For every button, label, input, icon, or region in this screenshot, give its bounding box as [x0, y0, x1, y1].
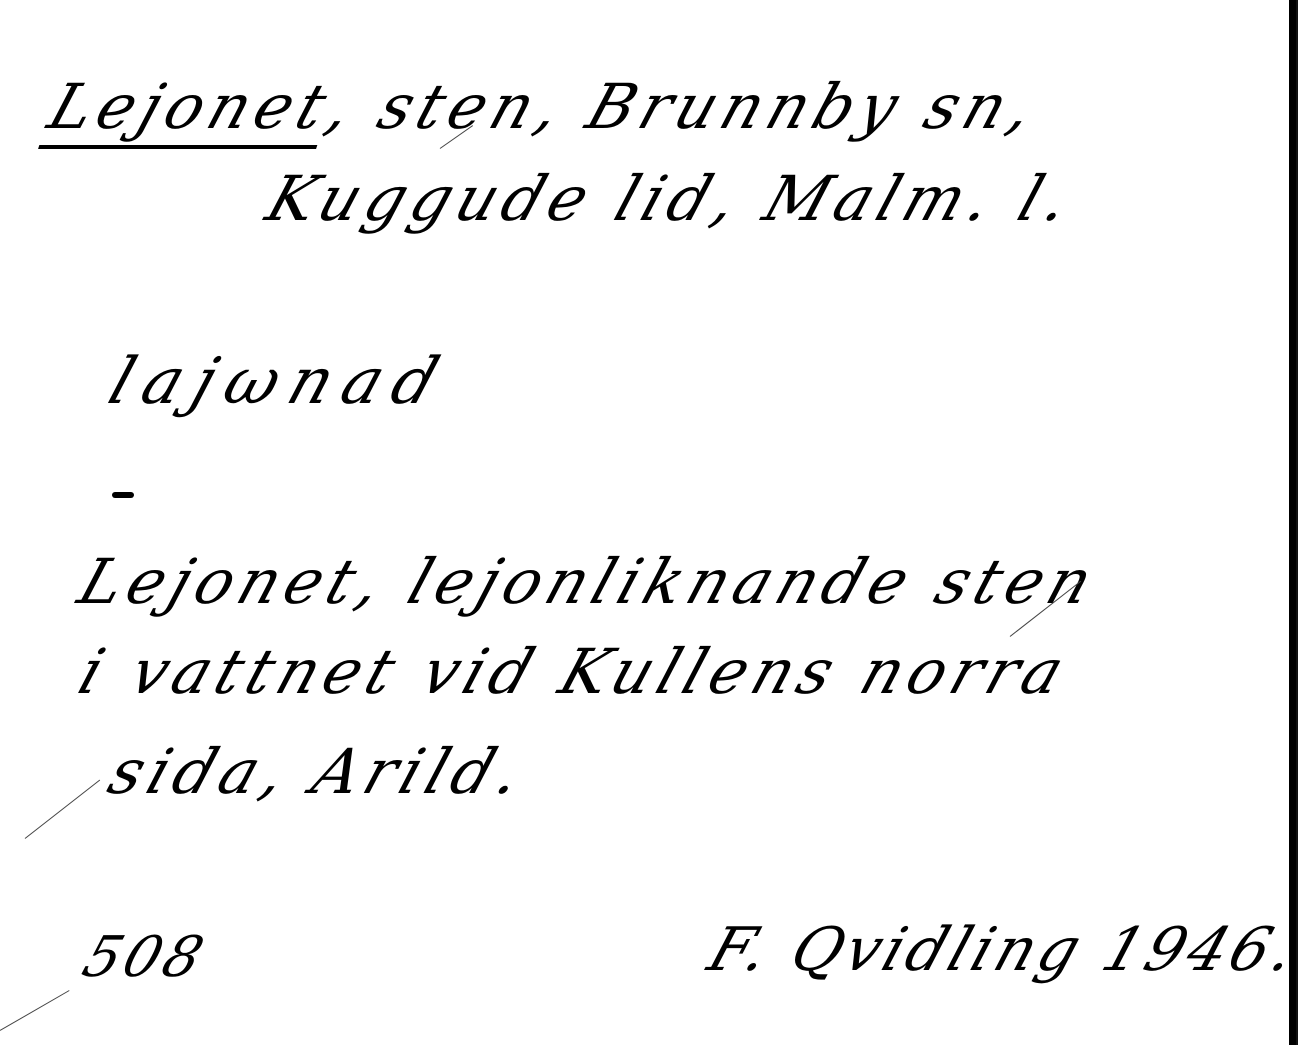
entry-1-line-1: Lejonet, sten, Brunnby sn,	[40, 70, 1049, 143]
entry-1-line-1-rest: , sten, Brunnby sn,	[318, 70, 1049, 143]
record-card: Lejonet, sten, Brunnby sn, Kuggude lid, …	[0, 0, 1316, 1045]
card-right-border	[1289, 0, 1296, 1045]
stress-mark	[112, 492, 134, 498]
card-right-border-shadow	[1296, 0, 1298, 1045]
headword: Lejonet	[38, 70, 342, 149]
entry-1-line-2: Kuggude lid, Malm. l.	[258, 162, 1085, 235]
entry-3-line-3: sida, Arild.	[100, 735, 537, 808]
pen-stroke	[25, 780, 100, 839]
dialect-transcription: lajωnad	[100, 345, 459, 419]
entry-3-line-2: i vattnet vid Kullens norra	[70, 635, 1079, 708]
card-number: 508	[75, 925, 215, 990]
pen-stroke	[0, 990, 70, 1031]
signature-and-year: F. Qvidling 1946.	[700, 915, 1308, 985]
entry-3-line-1: Lejonet, lejonliknande sten	[70, 545, 1108, 618]
